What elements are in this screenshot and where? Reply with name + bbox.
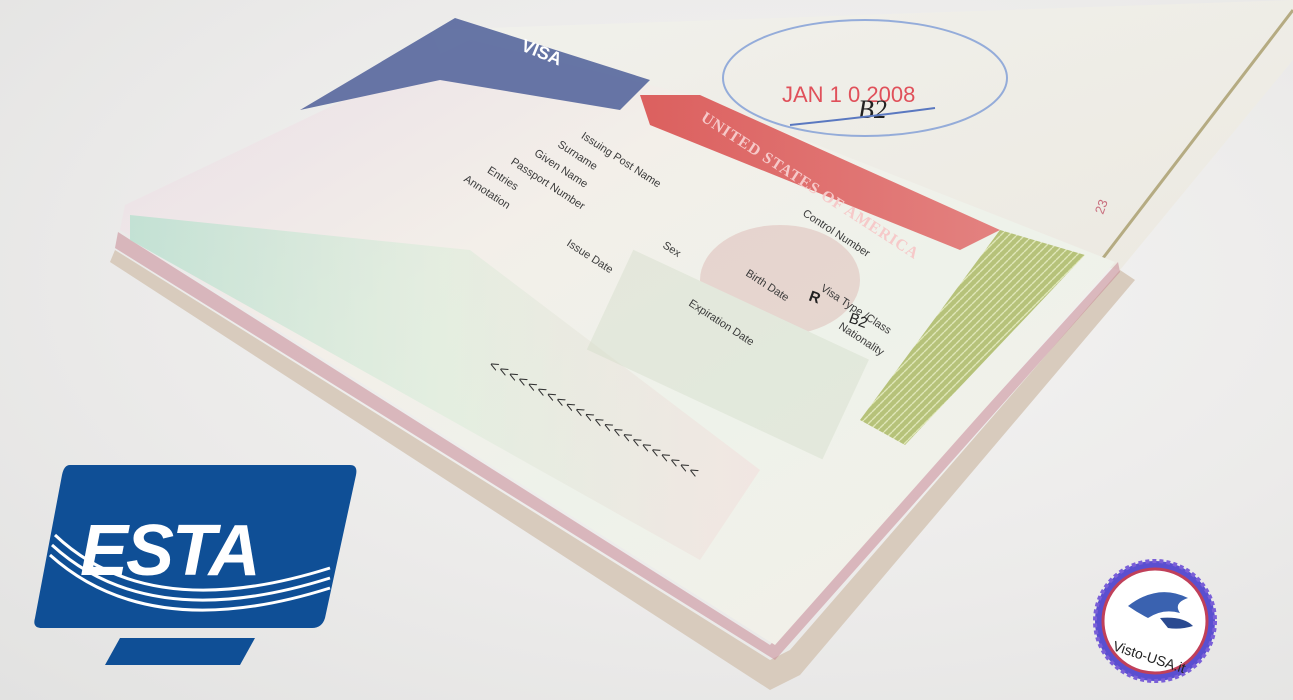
esta-logo: ESTA (0, 450, 380, 700)
esta-text: ESTA (80, 511, 259, 591)
monitor-stand-icon (105, 638, 255, 665)
visto-usa-badge: Visto-USA.it (1088, 558, 1222, 684)
stamp-handwritten: B2 (858, 95, 887, 124)
stamp-date: JAN 1 0 2008 (782, 82, 915, 107)
